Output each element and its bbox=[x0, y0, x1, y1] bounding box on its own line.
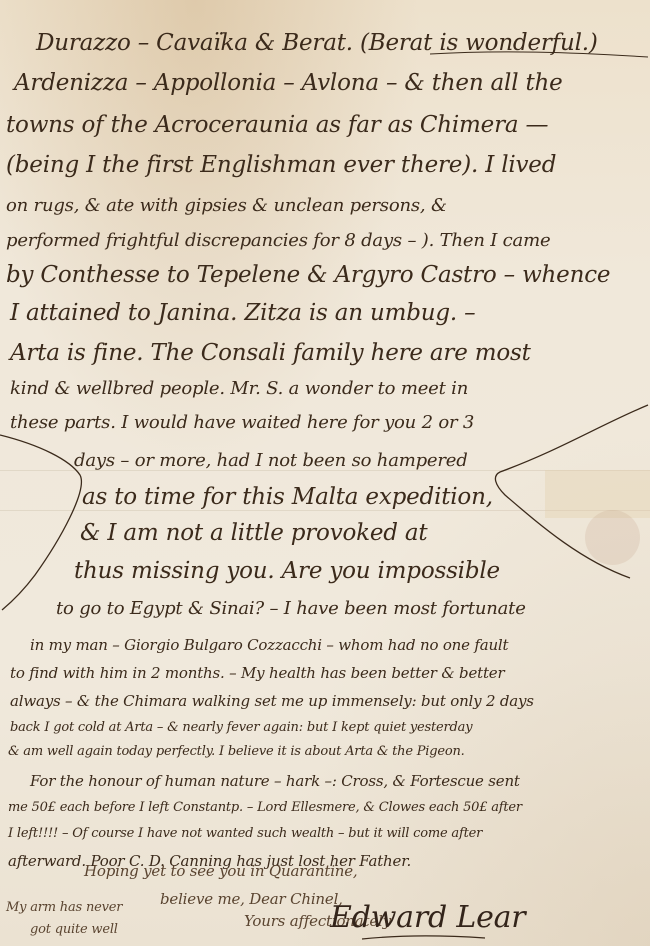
letter-line: by Conthesse to Tepelene & Argyro Castro… bbox=[6, 262, 610, 288]
closing-line: believe me, Dear Chinel, bbox=[160, 890, 343, 908]
letter-line: I attained to Janina. Zitza is an umbug.… bbox=[10, 300, 475, 326]
postscript-line: got quite well bbox=[30, 922, 118, 937]
letter-line: back I got cold at Arta – & nearly fever… bbox=[10, 720, 472, 735]
letter-line: I left!!!! – Of course I have not wanted… bbox=[8, 826, 482, 841]
letter-line: to find with him in 2 months. – My healt… bbox=[10, 664, 504, 682]
postscript-line: My arm has never bbox=[6, 900, 122, 915]
letter-line: always – & the Chimara walking set me up… bbox=[10, 692, 534, 710]
letter-line: & am well again today perfectly. I belie… bbox=[8, 744, 465, 759]
letter-line: Ardenizza – Appollonia – Avlona – & then… bbox=[14, 70, 563, 96]
letter-line: Arta is fine. The Consali family here ar… bbox=[10, 340, 531, 366]
letter-page: Durazzo – Cavaïka & Berat. (Berat is won… bbox=[0, 0, 650, 946]
letter-line: as to time for this Malta expedition, bbox=[82, 484, 493, 510]
seal-stain bbox=[585, 510, 640, 565]
letter-line: For the honour of human nature – hark –:… bbox=[30, 772, 520, 790]
letter-line: kind & wellbred people. Mr. S. a wonder … bbox=[10, 378, 468, 399]
letter-line: on rugs, & ate with gipsies & unclean pe… bbox=[6, 195, 447, 216]
letter-line: (being I the first Englishman ever there… bbox=[6, 152, 556, 178]
letter-line: these parts. I would have waited here fo… bbox=[10, 412, 474, 433]
letter-line: & I am not a little provoked at bbox=[80, 520, 427, 546]
signature: Edward Lear bbox=[330, 900, 525, 935]
letter-line: Durazzo – Cavaïka & Berat. (Berat is won… bbox=[36, 30, 598, 56]
letter-line: me 50£ each before I left Constantp. – L… bbox=[8, 800, 522, 815]
letter-line: towns of the Acroceraunia as far as Chim… bbox=[6, 112, 548, 138]
closing-line: Hoping yet to see you in Quarantine, bbox=[84, 862, 358, 880]
letter-line: performed frightful discrepancies for 8 … bbox=[6, 230, 550, 251]
tape-mark bbox=[545, 470, 650, 518]
letter-line: days – or more, had I not been so hamper… bbox=[74, 450, 468, 471]
letter-line: thus missing you. Are you impossible bbox=[74, 558, 500, 584]
letter-line: in my man – Giorgio Bulgaro Cozzacchi – … bbox=[30, 636, 508, 654]
letter-line: to go to Egypt & Sinai? – I have been mo… bbox=[56, 598, 526, 619]
